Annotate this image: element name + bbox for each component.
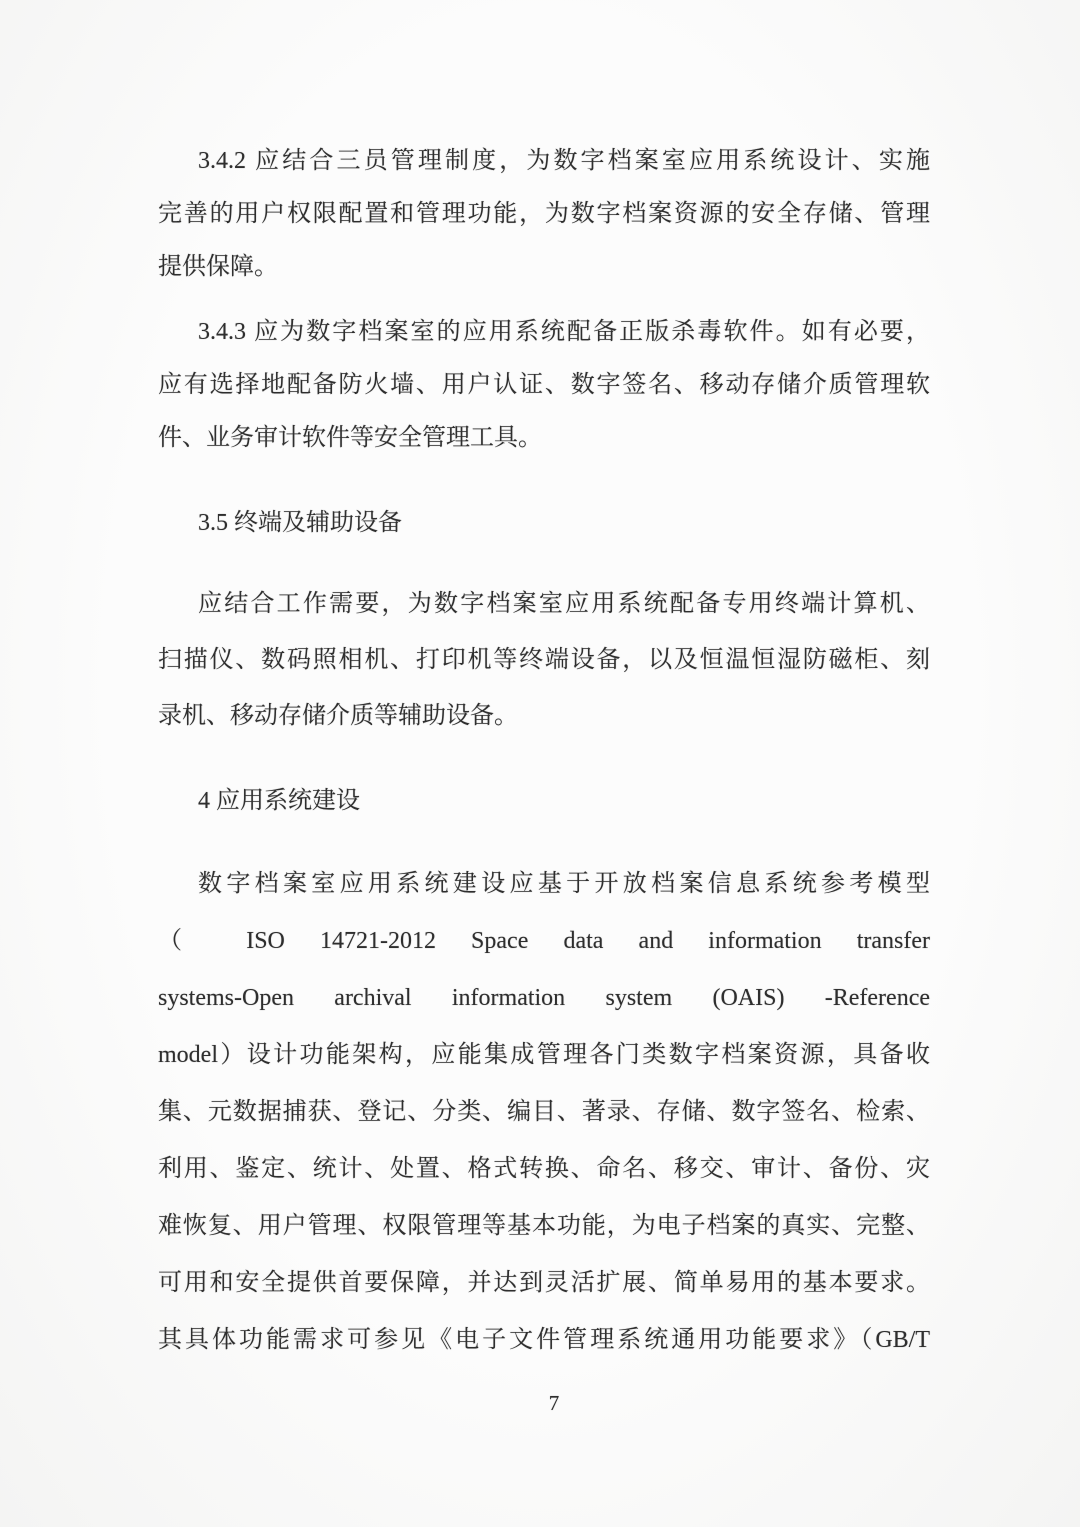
text-line: （ ISO 14721-2012 Space data and informat…	[158, 913, 930, 970]
text-line: 应有选择地配备防火墙、用户认证、数字签名、移动存储介质管理软	[158, 359, 930, 412]
text-line: 可用和安全提供首要保障，并达到灵活扩展、简单易用的基本要求。	[158, 1255, 930, 1312]
text-line: 3.4.3 应为数字档案室的应用系统配备正版杀毒软件。如有必要，	[158, 306, 930, 359]
document-body: 3.4.2 应结合三员管理制度，为数字档案室应用系统设计、实施完善的用户权限配置…	[158, 0, 930, 1369]
text-line: 3.4.2 应结合三员管理制度，为数字档案室应用系统设计、实施	[158, 135, 930, 188]
text-line: 扫描仪、数码照相机、打印机等终端设备，以及恒温恒湿防磁柜、刻	[158, 632, 930, 688]
text-line: model）设计功能架构，应能集成管理各门类数字档案资源，具备收	[158, 1027, 930, 1084]
paragraph: 3.4.3 应为数字档案室的应用系统配备正版杀毒软件。如有必要，应有选择地配备防…	[158, 306, 930, 465]
text-line: 难恢复、用户管理、权限管理等基本功能，为电子档案的真实、完整、	[158, 1198, 930, 1255]
text-line: 应结合工作需要，为数字档案室应用系统配备专用终端计算机、	[158, 576, 930, 632]
text-line: 其具体功能需求可参见《电子文件管理系统通用功能要求》（GB/T	[158, 1312, 930, 1369]
paragraph: 3.4.2 应结合三员管理制度，为数字档案室应用系统设计、实施完善的用户权限配置…	[158, 135, 930, 294]
text-line: 件、业务审计软件等安全管理工具。	[158, 412, 930, 465]
document-page: 3.4.2 应结合三员管理制度，为数字档案室应用系统设计、实施完善的用户权限配置…	[0, 0, 1080, 1527]
section-heading: 3.5 终端及辅助设备	[158, 508, 930, 538]
text-line: 完善的用户权限配置和管理功能，为数字档案资源的安全存储、管理	[158, 188, 930, 241]
text-line: 利用、鉴定、统计、处置、格式转换、命名、移交、审计、备份、灾	[158, 1141, 930, 1198]
page-number: 7	[14, 1386, 1080, 1420]
paragraph: 应结合工作需要，为数字档案室应用系统配备专用终端计算机、扫描仪、数码照相机、打印…	[158, 576, 930, 744]
text-line: 提供保障。	[158, 241, 930, 294]
text-line: 录机、移动存储介质等辅助设备。	[158, 688, 930, 744]
text-line: systems-Open archival information system…	[158, 970, 930, 1027]
text-line: 集、元数据捕获、登记、分类、编目、著录、存储、数字签名、检索、	[158, 1084, 930, 1141]
section-heading: 4 应用系统建设	[158, 786, 930, 816]
text-line: 数字档案室应用系统建设应基于开放档案信息系统参考模型	[158, 856, 930, 913]
paragraph: 数字档案室应用系统建设应基于开放档案信息系统参考模型（ ISO 14721-20…	[158, 856, 930, 1369]
